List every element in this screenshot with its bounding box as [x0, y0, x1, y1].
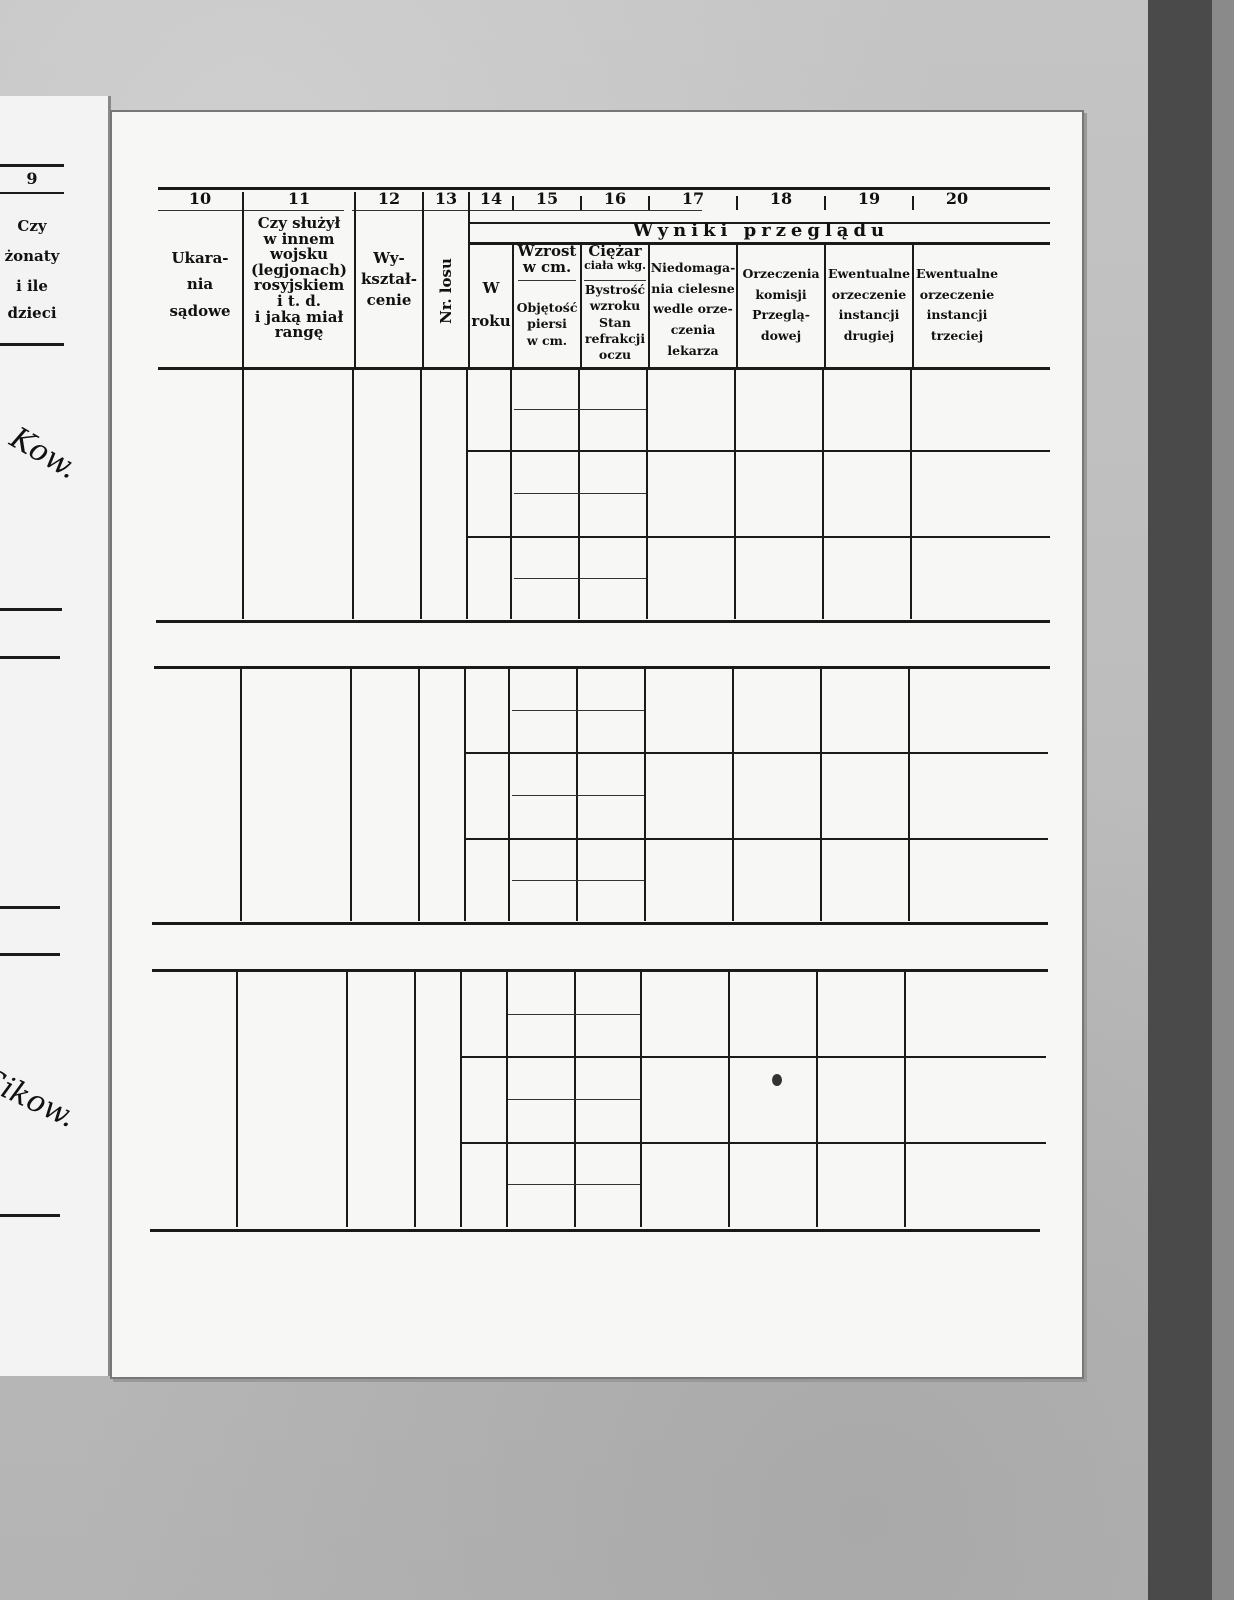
- header-line: drugiej: [826, 326, 912, 347]
- column-10-number: 10: [158, 190, 242, 209]
- column-9-header-line-4: dzieci: [0, 298, 64, 328]
- column-19-header: Ewentualne orzeczenie instancji drugiej: [826, 264, 912, 347]
- section-title: Wyniki przeglądu: [472, 220, 1050, 241]
- column-divider: [460, 972, 462, 1227]
- column-divider: [732, 669, 734, 921]
- header-bottom-rule: [158, 367, 1050, 370]
- signature-1: Kow.: [4, 421, 83, 487]
- column-divider: [580, 242, 582, 367]
- column-divider: [346, 972, 348, 1227]
- column-20-number: 20: [914, 190, 1000, 209]
- header-line: nia: [158, 271, 242, 297]
- rule: [0, 343, 64, 346]
- header-line: Objętość: [514, 300, 580, 316]
- column-13-header: Nr. losu: [437, 253, 455, 329]
- column-13-number: 13: [424, 190, 468, 209]
- block-bottom-rule: [156, 620, 1050, 623]
- column-divider: [648, 242, 650, 367]
- sub-header-rule: [584, 280, 646, 281]
- column-14-header: W roku: [470, 272, 512, 338]
- column-16-number: 16: [582, 190, 648, 209]
- half-row-rule: [514, 409, 646, 410]
- header-line: oczu: [582, 347, 648, 363]
- header-line: Ciężar: [582, 244, 648, 260]
- column-divider: [728, 972, 730, 1227]
- column-11-header: Czy służył w innem wojsku (legjonach) ro…: [244, 216, 354, 341]
- column-divider: [354, 192, 356, 367]
- column-divider: [422, 192, 424, 367]
- column-12-header: Wy- kształ- cenie: [356, 248, 422, 311]
- form-page: 10 11 12 13 14 15 16 17 18 19 20 Wyniki …: [110, 110, 1084, 1379]
- column-divider: [464, 669, 466, 921]
- column-divider: [908, 669, 910, 921]
- rule: [0, 953, 60, 956]
- separator: [736, 196, 738, 210]
- number-rule: [158, 210, 344, 211]
- column-divider: [468, 192, 470, 367]
- column-16-header-bottom: Bystrość wzroku Stan refrakcji oczu: [582, 282, 648, 363]
- column-18-header: Orzeczenia komisji Przeglą- dowej: [738, 264, 824, 347]
- header-line: Przeglą-: [738, 305, 824, 326]
- column-divider: [236, 972, 238, 1227]
- half-row-rule: [512, 795, 644, 796]
- column-11-number: 11: [244, 190, 354, 209]
- rule: [0, 1214, 60, 1217]
- header-line: orzeczenie: [914, 285, 1000, 306]
- header-line: Ewentualne: [826, 264, 912, 285]
- header-line: Ewentualne: [914, 264, 1000, 285]
- column-19-number: 19: [826, 190, 912, 209]
- column-divider: [736, 242, 738, 367]
- header-line: Ukara-: [158, 245, 242, 271]
- column-9-header-line-2: żonaty: [0, 241, 64, 271]
- column-divider: [912, 242, 914, 367]
- header-line: rangę: [244, 325, 354, 341]
- column-divider: [640, 972, 642, 1227]
- sub-row-rule: [466, 838, 1048, 840]
- column-18-number: 18: [738, 190, 824, 209]
- column-divider: [816, 972, 818, 1227]
- column-9-number: 9: [0, 170, 64, 189]
- number-rule: [352, 210, 702, 211]
- header-line: Bystrość: [582, 282, 648, 298]
- block-bottom-rule: [152, 922, 1048, 925]
- header-line: roku: [470, 305, 512, 338]
- signature-2: Sikow.: [0, 1062, 81, 1135]
- column-divider: [466, 369, 468, 619]
- header-line: cenie: [356, 290, 422, 311]
- column-9-header-line-1: Czy: [0, 211, 64, 241]
- column-divider: [646, 369, 648, 619]
- header-line: lekarza: [650, 341, 736, 362]
- header-line: kształ-: [356, 269, 422, 290]
- column-12-number: 12: [356, 190, 422, 209]
- column-divider: [824, 242, 826, 367]
- column-divider: [240, 669, 242, 921]
- header-line: sądowe: [158, 298, 242, 324]
- header-line: komisji: [738, 285, 824, 306]
- left-page-fragment: 9 Czy żonaty i ile dzieci Kow. Sikow.: [0, 96, 111, 1376]
- column-10-header: Ukara- nia sądowe: [158, 245, 242, 324]
- column-14-number: 14: [470, 190, 512, 209]
- column-divider: [910, 369, 912, 619]
- column-divider: [578, 369, 580, 619]
- half-row-rule: [508, 1184, 640, 1185]
- header-line: piersi: [514, 316, 580, 332]
- column-divider: [414, 972, 416, 1227]
- column-divider: [242, 369, 244, 619]
- header-line: instancji: [826, 305, 912, 326]
- separator: [824, 196, 826, 210]
- column-20-header: Ewentualne orzeczenie instancji trzeciej: [914, 264, 1000, 347]
- column-divider: [822, 369, 824, 619]
- sub-row-rule: [468, 536, 1050, 538]
- separator: [512, 196, 514, 210]
- column-divider: [904, 972, 906, 1227]
- header-line: orzeczenie: [826, 285, 912, 306]
- column-divider: [420, 369, 422, 619]
- rule: [0, 164, 64, 167]
- column-divider: [350, 669, 352, 921]
- block-top-rule: [152, 969, 1048, 972]
- header-line: nia cielesne: [650, 279, 736, 300]
- rule: [0, 608, 62, 611]
- column-divider: [734, 369, 736, 619]
- header-line: trzeciej: [914, 326, 1000, 347]
- scanner-edge: [1212, 0, 1234, 1600]
- sub-row-rule: [466, 752, 1048, 754]
- sub-row-rule: [462, 1142, 1046, 1144]
- half-row-rule: [512, 880, 644, 881]
- half-row-rule: [508, 1099, 640, 1100]
- header-line: ciała wkg.: [582, 260, 648, 272]
- half-row-rule: [514, 493, 646, 494]
- column-divider: [352, 369, 354, 619]
- rule: [0, 192, 64, 194]
- header-line: wzroku: [582, 298, 648, 314]
- header-line: czenia: [650, 320, 736, 341]
- header-line: refrakcji: [582, 331, 648, 347]
- column-15-header-top: Wzrost w cm.: [514, 244, 580, 276]
- column-divider: [508, 669, 510, 921]
- column-15-header-bottom: Objętość piersi w cm.: [514, 300, 580, 349]
- column-divider: [644, 669, 646, 921]
- column-17-header: Niedomaga- nia cielesne wedle orze- czen…: [650, 258, 736, 361]
- rule: [0, 656, 60, 659]
- sub-header-rule: [518, 280, 576, 281]
- sub-row-rule: [462, 1056, 1046, 1058]
- column-divider: [242, 192, 244, 367]
- ink-blot: [772, 1074, 782, 1086]
- header-line: Wy-: [356, 248, 422, 269]
- column-9-header-line-3: i ile: [0, 271, 64, 301]
- header-line: wedle orze-: [650, 299, 736, 320]
- sub-row-rule: [468, 450, 1050, 452]
- scanner-edge-shadow: [1148, 0, 1212, 1600]
- header-line: W: [470, 272, 512, 305]
- column-divider: [820, 669, 822, 921]
- column-16-header-top: Ciężar ciała wkg.: [582, 244, 648, 271]
- separator: [648, 196, 650, 210]
- header-line: Niedomaga-: [650, 258, 736, 279]
- column-17-number: 17: [650, 190, 736, 209]
- header-line: dowej: [738, 326, 824, 347]
- header-line: w cm.: [514, 260, 580, 276]
- column-divider: [510, 369, 512, 619]
- header-line: instancji: [914, 305, 1000, 326]
- half-row-rule: [508, 1014, 640, 1015]
- header-line: w cm.: [514, 333, 580, 349]
- column-15-number: 15: [514, 190, 580, 209]
- header-line: Orzeczenia: [738, 264, 824, 285]
- separator: [912, 196, 914, 210]
- header-line: Stan: [582, 315, 648, 331]
- half-row-rule: [512, 710, 644, 711]
- column-divider: [512, 242, 514, 367]
- half-row-rule: [514, 578, 646, 579]
- block-top-rule: [154, 666, 1050, 669]
- column-divider: [418, 669, 420, 921]
- rule: [0, 906, 60, 909]
- separator: [580, 196, 582, 210]
- block-bottom-rule: [150, 1229, 1040, 1232]
